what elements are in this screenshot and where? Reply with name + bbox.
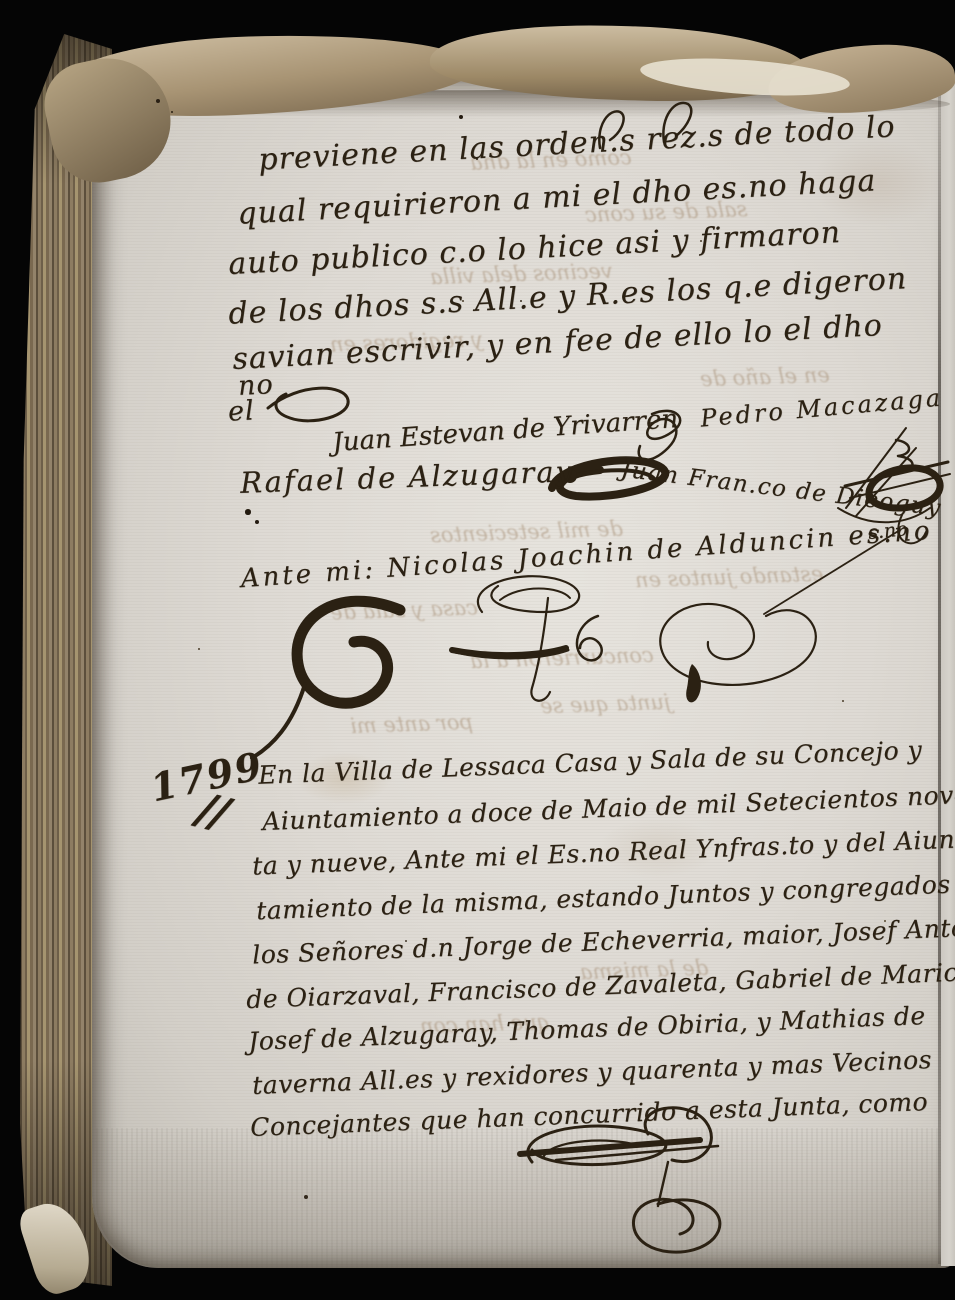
notary-superscript: s.no — [867, 518, 909, 544]
center-rubric — [500, 589, 570, 601]
bottom-rubric — [633, 1199, 719, 1252]
left-bold-spiral-tail — [252, 684, 305, 758]
closing-line: el — [227, 395, 255, 427]
bold-comma-blob — [686, 664, 701, 702]
bottom-rubric — [520, 1140, 700, 1154]
left-bold-spiral — [297, 601, 400, 703]
rubric-el — [268, 388, 348, 421]
center-rubric — [577, 616, 602, 660]
photo-background: como en la dha sala de su conc vecinos d… — [0, 0, 955, 1300]
right-spiral-rubric — [660, 604, 816, 685]
